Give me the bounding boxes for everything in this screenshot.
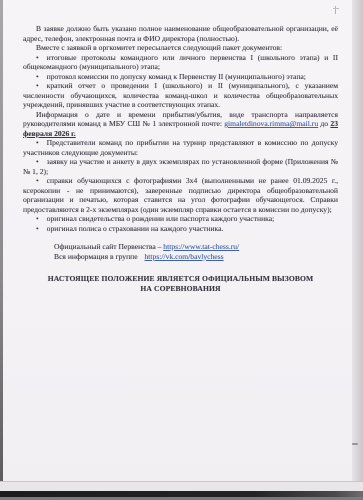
bullet-text: оригинал свидетельства о рождении или па…	[47, 214, 275, 223]
bullet-item-representatives: •Представители команд по прибытии на тур…	[23, 138, 338, 157]
bullet-text: заявку на участие и анкету в двух экземп…	[23, 157, 338, 176]
bullet-marker: •	[36, 72, 39, 81]
heading-line-2: НА СОРЕВНОВАНИЯ	[140, 284, 220, 293]
bullet-item-birth-certificate: •оригинал свидетельства о рождении или п…	[23, 214, 338, 224]
vk-group-url-link: https://vk.com/bavlychess	[145, 252, 224, 261]
bullet-text: протокол комиссии по допуску команд к Пе…	[47, 72, 306, 81]
info-text-after: до	[318, 119, 330, 128]
bullet-text: краткий отчет о проведении I (школьного)…	[23, 81, 338, 109]
official-site-label: Официальный сайт Первенства –	[54, 242, 163, 251]
bullet-text: итоговые протоколы командного или личног…	[23, 53, 338, 72]
bullet-text: оригинал полиса о страховании на каждого…	[47, 224, 224, 233]
group-info-label: Вся информация в группе	[54, 252, 140, 261]
official-site-url-link: https://www.tat-chess.ru/	[163, 242, 239, 251]
bullet-marker: •	[36, 176, 39, 185]
paragraph-application-requirements: В заявке должно быть указано полное наим…	[23, 24, 338, 43]
bullet-marker: •	[36, 53, 39, 62]
bullet-marker: •	[36, 214, 39, 223]
bullet-text: Представители команд по прибытии на турн…	[23, 138, 338, 157]
heading-line-1: НАСТОЯЩЕЕ ПОЛОЖЕНИЕ ЯВЛЯЕТСЯ ОФИЦИАЛЬНЫМ…	[48, 274, 314, 283]
bullet-item-admission-protocol: •протокол комиссии по допуску команд к П…	[23, 72, 338, 82]
paragraph-arrival-info: Информация о дате и времени прибытия/убы…	[23, 110, 338, 139]
bullet-text: справки обучающихся с фотографиями 3х4 (…	[23, 176, 338, 214]
scan-edge-left	[0, 0, 3, 500]
group-info-line: Вся информация в группе https://vk.com/b…	[23, 252, 338, 262]
bullet-item-entry-form: •заявку на участие и анкету в двух экзем…	[23, 157, 338, 176]
document-body: В заявке должно быть указано полное наим…	[23, 24, 338, 293]
bullet-item-certificates: •справки обучающихся с фотографиями 3х4 …	[23, 176, 338, 214]
scan-edge-mark	[352, 443, 358, 445]
scan-artifact-mark	[333, 6, 339, 14]
bullet-marker: •	[36, 224, 39, 233]
bullet-item-report: •краткий отчет о проведении I (школьного…	[23, 81, 338, 110]
bullet-item-insurance: •оригинал полиса о страховании на каждог…	[23, 224, 338, 234]
bullet-marker: •	[36, 157, 39, 166]
official-site-line: Официальный сайт Первенства – https://ww…	[23, 242, 338, 252]
bullet-marker: •	[36, 81, 39, 90]
bullet-item-protocols: •итоговые протоколы командного или лично…	[23, 53, 338, 72]
email-link: gimaletdinova.rimma@mail.ru	[224, 119, 318, 128]
official-call-heading: НАСТОЯЩЕЕ ПОЛОЖЕНИЕ ЯВЛЯЕТСЯ ОФИЦИАЛЬНЫМ…	[23, 274, 338, 293]
bullet-marker: •	[36, 138, 39, 147]
paragraph-package-intro: Вместе с заявкой в оргкомитет пересылает…	[23, 43, 338, 53]
scan-edge-right	[352, 0, 363, 500]
